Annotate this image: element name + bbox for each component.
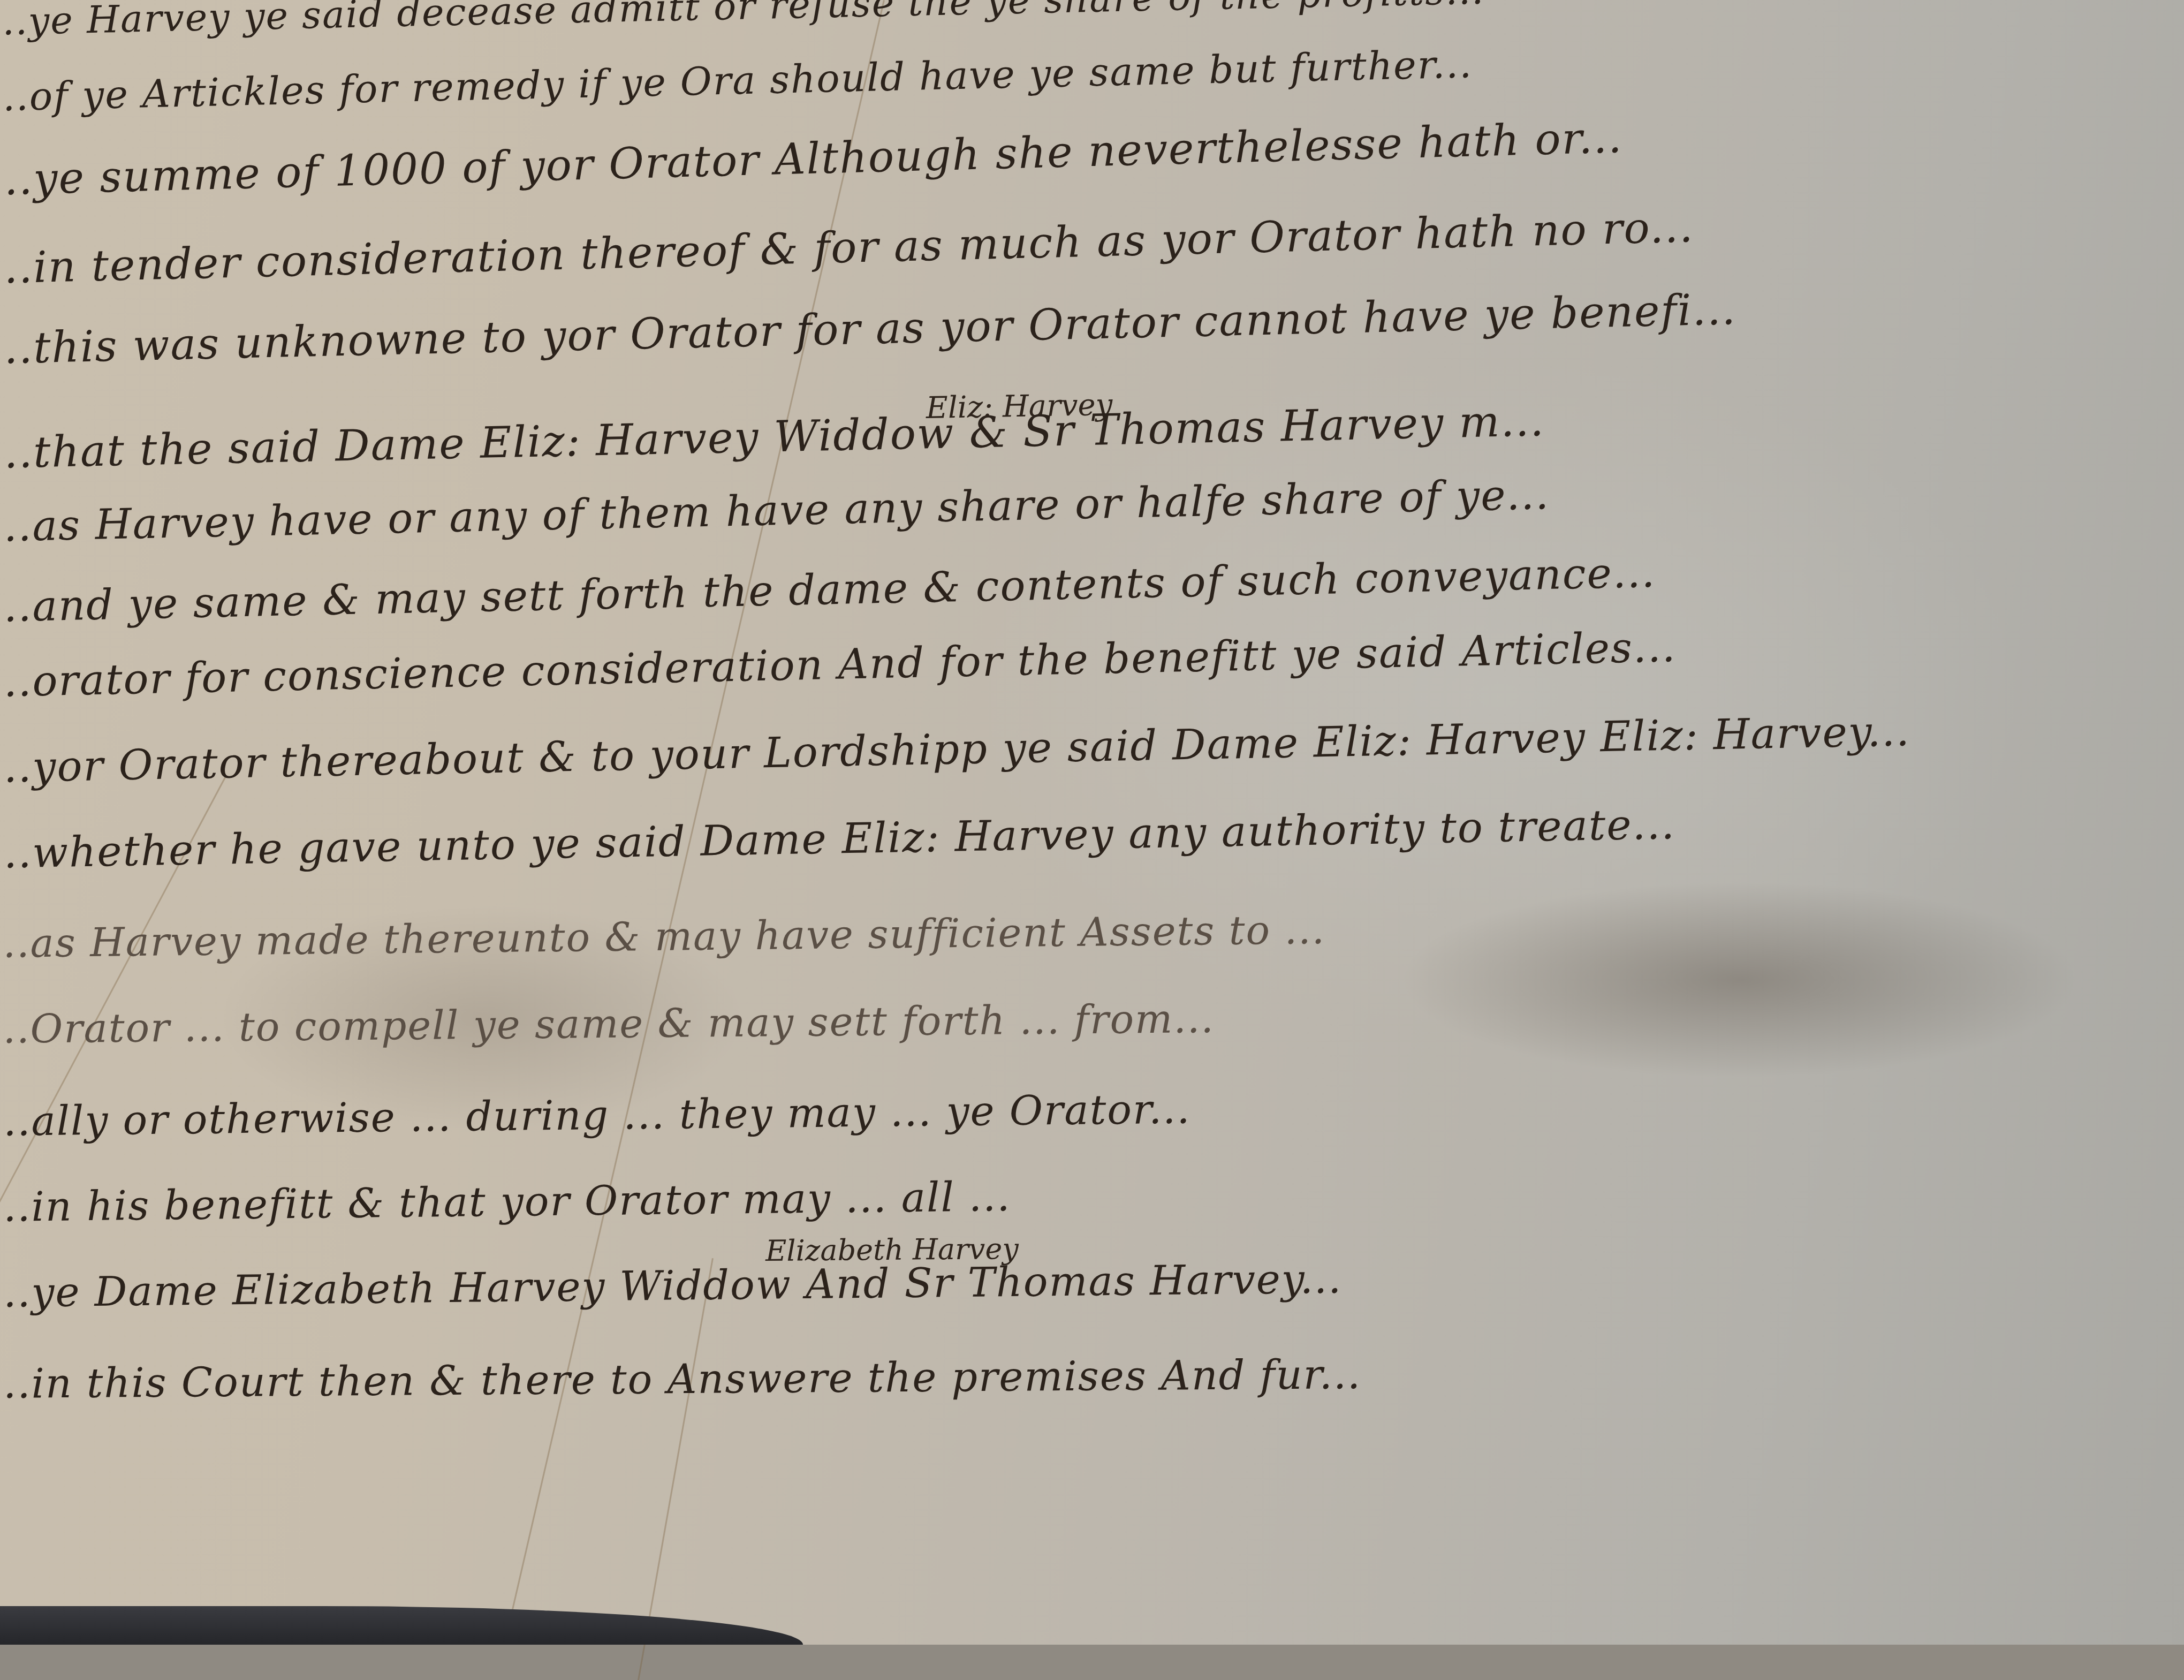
manuscript-line-6: ...that the said Dame Eliz: Harvey Widdo… [0, 396, 1545, 478]
parchment-document: ...ye Harvey ye said decease admitt or r… [0, 0, 2184, 1645]
manuscript-line-7: ...as Harvey have or any of them have an… [0, 471, 1550, 551]
manuscript-line-14: ...ally or otherwise ... during ... they… [0, 1085, 1191, 1145]
manuscript-line-17: ...in this Court then & there to Answere… [0, 1350, 1361, 1407]
manuscript-line-11: ...whether he gave unto ye said Dame Eli… [0, 800, 1676, 878]
manuscript-line-10: ...yor Orator thereabout & to your Lords… [0, 707, 1910, 792]
photo-shadow [0, 1606, 803, 1645]
manuscript-line-9: ...orator for conscience consideration A… [0, 623, 1677, 707]
manuscript-line-1: ...ye Harvey ye said decease admitt or r… [0, 0, 1485, 44]
manuscript-line-3: ...ye summe of 1000 of yor Orator Althou… [0, 112, 1623, 205]
manuscript-line-5: ...this was unknowne to yor Orator for a… [0, 284, 1737, 374]
manuscript-line-16: ...ye Dame Elizabeth Harvey Widdow And S… [0, 1255, 1343, 1316]
manuscript-line-2: ...of ye Artickles for remedy if ye Ora … [0, 41, 1473, 120]
manuscript-line-12: ...as Harvey made thereunto & may have s… [0, 907, 1326, 967]
manuscript-line-8: ...and ye same & may sett forth the dame… [0, 549, 1656, 632]
manuscript-line-15: ...in his benefitt & that yor Orator may… [0, 1172, 1011, 1231]
manuscript-line-4: ...in tender consideration thereof & for… [0, 202, 1694, 293]
parchment-crease [0, 776, 226, 1580]
manuscript-line-13: ...Orator ... to compell ye same & may s… [0, 996, 1215, 1053]
parchment-crease [638, 1258, 714, 1645]
